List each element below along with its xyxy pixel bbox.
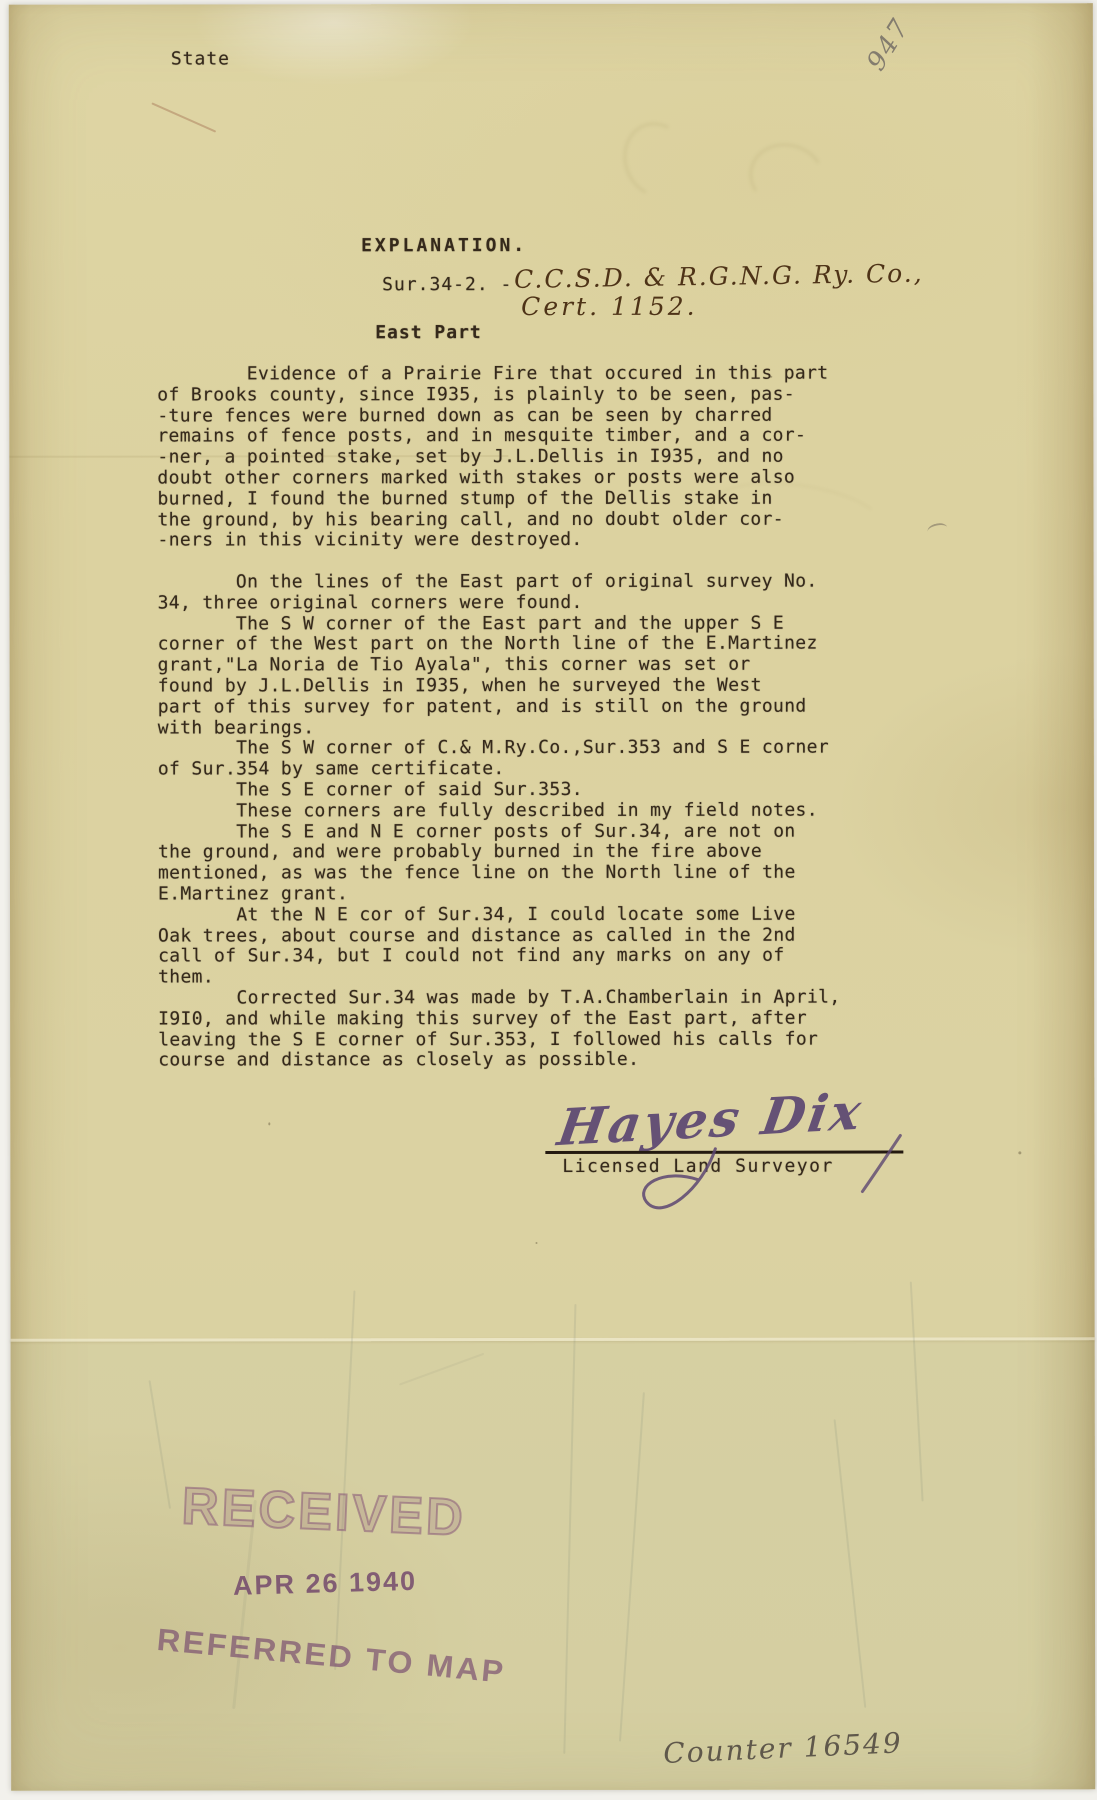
- dust-speck: [769, 376, 772, 378]
- east-part-heading: East Part: [375, 322, 482, 343]
- dust-speck: [535, 1242, 537, 1244]
- received-stamp: RECEIVED: [181, 1476, 467, 1548]
- survey-reference-typed: Sur.34-2. -: [382, 274, 512, 295]
- surveyor-signature: Hayes Dix: [554, 1081, 868, 1157]
- received-date-stamp: APR 26 1940: [233, 1566, 418, 1602]
- letter-body-text: Evidence of a Prairie Fire that occured …: [157, 364, 878, 1072]
- dust-speck: [268, 1122, 270, 1125]
- pencil-check-mark: [926, 522, 948, 538]
- page-number-handwritten: 947: [861, 13, 916, 76]
- dust-speck: [1018, 1151, 1021, 1154]
- state-label: State: [171, 48, 230, 69]
- signature-rule: [545, 1151, 903, 1154]
- paper-scratch: [152, 102, 217, 132]
- railway-reference-handwritten: C.C.S.D. & R.G.N.G. Ry. Co.,: [514, 259, 924, 294]
- ghost-ink-mark: [613, 113, 701, 207]
- surveyor-title-label: Licensed Land Surveyor: [562, 1156, 833, 1177]
- explanation-heading: EXPLANATION.: [361, 235, 527, 256]
- certificate-handwritten: Cert. 1152.: [521, 292, 697, 321]
- ghost-ink-mark: [742, 135, 832, 218]
- lower-page-tint: [11, 1340, 1096, 1791]
- paper-sheet: State 947 EXPLANATION. Sur.34-2. - C.C.S…: [9, 3, 1095, 1791]
